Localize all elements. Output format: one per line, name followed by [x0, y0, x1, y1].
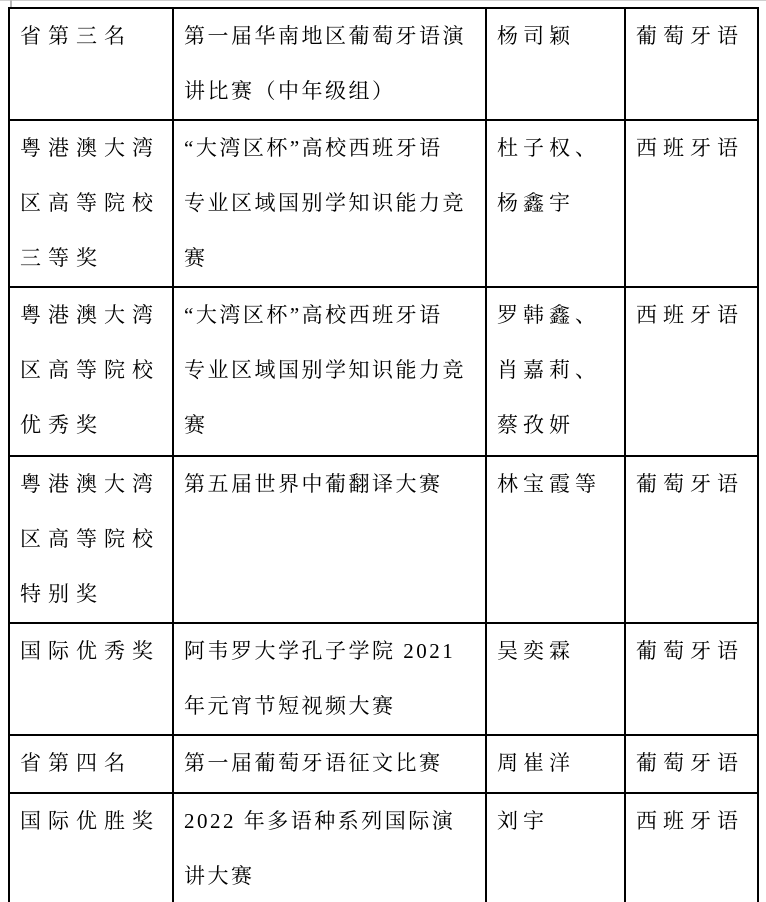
award-cell: 国际优胜奖 — [9, 793, 173, 902]
award-cell: 省第四名 — [9, 735, 173, 793]
language-cell: 葡萄牙语 — [625, 8, 758, 120]
award-cell: 省第三名 — [9, 8, 173, 120]
award-cell: 国际优秀奖 — [9, 623, 173, 735]
award-cell: 粤港澳大湾 区高等院校 优秀奖 — [9, 287, 173, 456]
table-row: 粤港澳大湾 区高等院校 特别奖 第五届世界中葡翻译大赛 林宝霞等 葡萄牙语 — [9, 456, 758, 623]
language-cell: 葡萄牙语 — [625, 735, 758, 793]
language-cell: 葡萄牙语 — [625, 623, 758, 735]
students-cell: 刘宇 — [486, 793, 625, 902]
language-cell: 西班牙语 — [625, 120, 758, 287]
students-cell: 周崔洋 — [486, 735, 625, 793]
awards-table: 省第三名 第一届华南地区葡萄牙语演 讲比赛（中年级组） 杨司颖 葡萄牙语 粤港澳… — [8, 7, 759, 902]
award-cell: 粤港澳大湾 区高等院校 特别奖 — [9, 456, 173, 623]
competition-cell: 第五届世界中葡翻译大赛 — [173, 456, 486, 623]
competition-cell: 第一届葡萄牙语征文比赛 — [173, 735, 486, 793]
students-cell: 杨司颖 — [486, 8, 625, 120]
table-row: 国际优秀奖 阿韦罗大学孔子学院 2021 年元宵节短视频大赛 吴奕霖 葡萄牙语 — [9, 623, 758, 735]
language-cell: 西班牙语 — [625, 287, 758, 456]
competition-cell: 2022 年多语种系列国际演 讲大赛 — [173, 793, 486, 902]
competition-cell: 阿韦罗大学孔子学院 2021 年元宵节短视频大赛 — [173, 623, 486, 735]
competition-cell: “大湾区杯”高校西班牙语 专业区域国别学知识能力竞 赛 — [173, 287, 486, 456]
language-cell: 葡萄牙语 — [625, 456, 758, 623]
table-row: 粤港澳大湾 区高等院校 三等奖 “大湾区杯”高校西班牙语 专业区域国别学知识能力… — [9, 120, 758, 287]
table-row: 国际优胜奖 2022 年多语种系列国际演 讲大赛 刘宇 西班牙语 — [9, 793, 758, 902]
competition-cell: 第一届华南地区葡萄牙语演 讲比赛（中年级组） — [173, 8, 486, 120]
students-cell: 罗韩鑫、 肖嘉莉、 蔡孜妍 — [486, 287, 625, 456]
language-cell: 西班牙语 — [625, 793, 758, 902]
top-left-tick — [10, 0, 12, 7]
students-cell: 林宝霞等 — [486, 456, 625, 623]
top-edge-line — [0, 0, 766, 1]
award-cell: 粤港澳大湾 区高等院校 三等奖 — [9, 120, 173, 287]
table-row: 省第四名 第一届葡萄牙语征文比赛 周崔洋 葡萄牙语 — [9, 735, 758, 793]
competition-cell: “大湾区杯”高校西班牙语 专业区域国别学知识能力竞 赛 — [173, 120, 486, 287]
table-row: 粤港澳大湾 区高等院校 优秀奖 “大湾区杯”高校西班牙语 专业区域国别学知识能力… — [9, 287, 758, 456]
students-cell: 杜子权、 杨鑫宇 — [486, 120, 625, 287]
table-row: 省第三名 第一届华南地区葡萄牙语演 讲比赛（中年级组） 杨司颖 葡萄牙语 — [9, 8, 758, 120]
students-cell: 吴奕霖 — [486, 623, 625, 735]
